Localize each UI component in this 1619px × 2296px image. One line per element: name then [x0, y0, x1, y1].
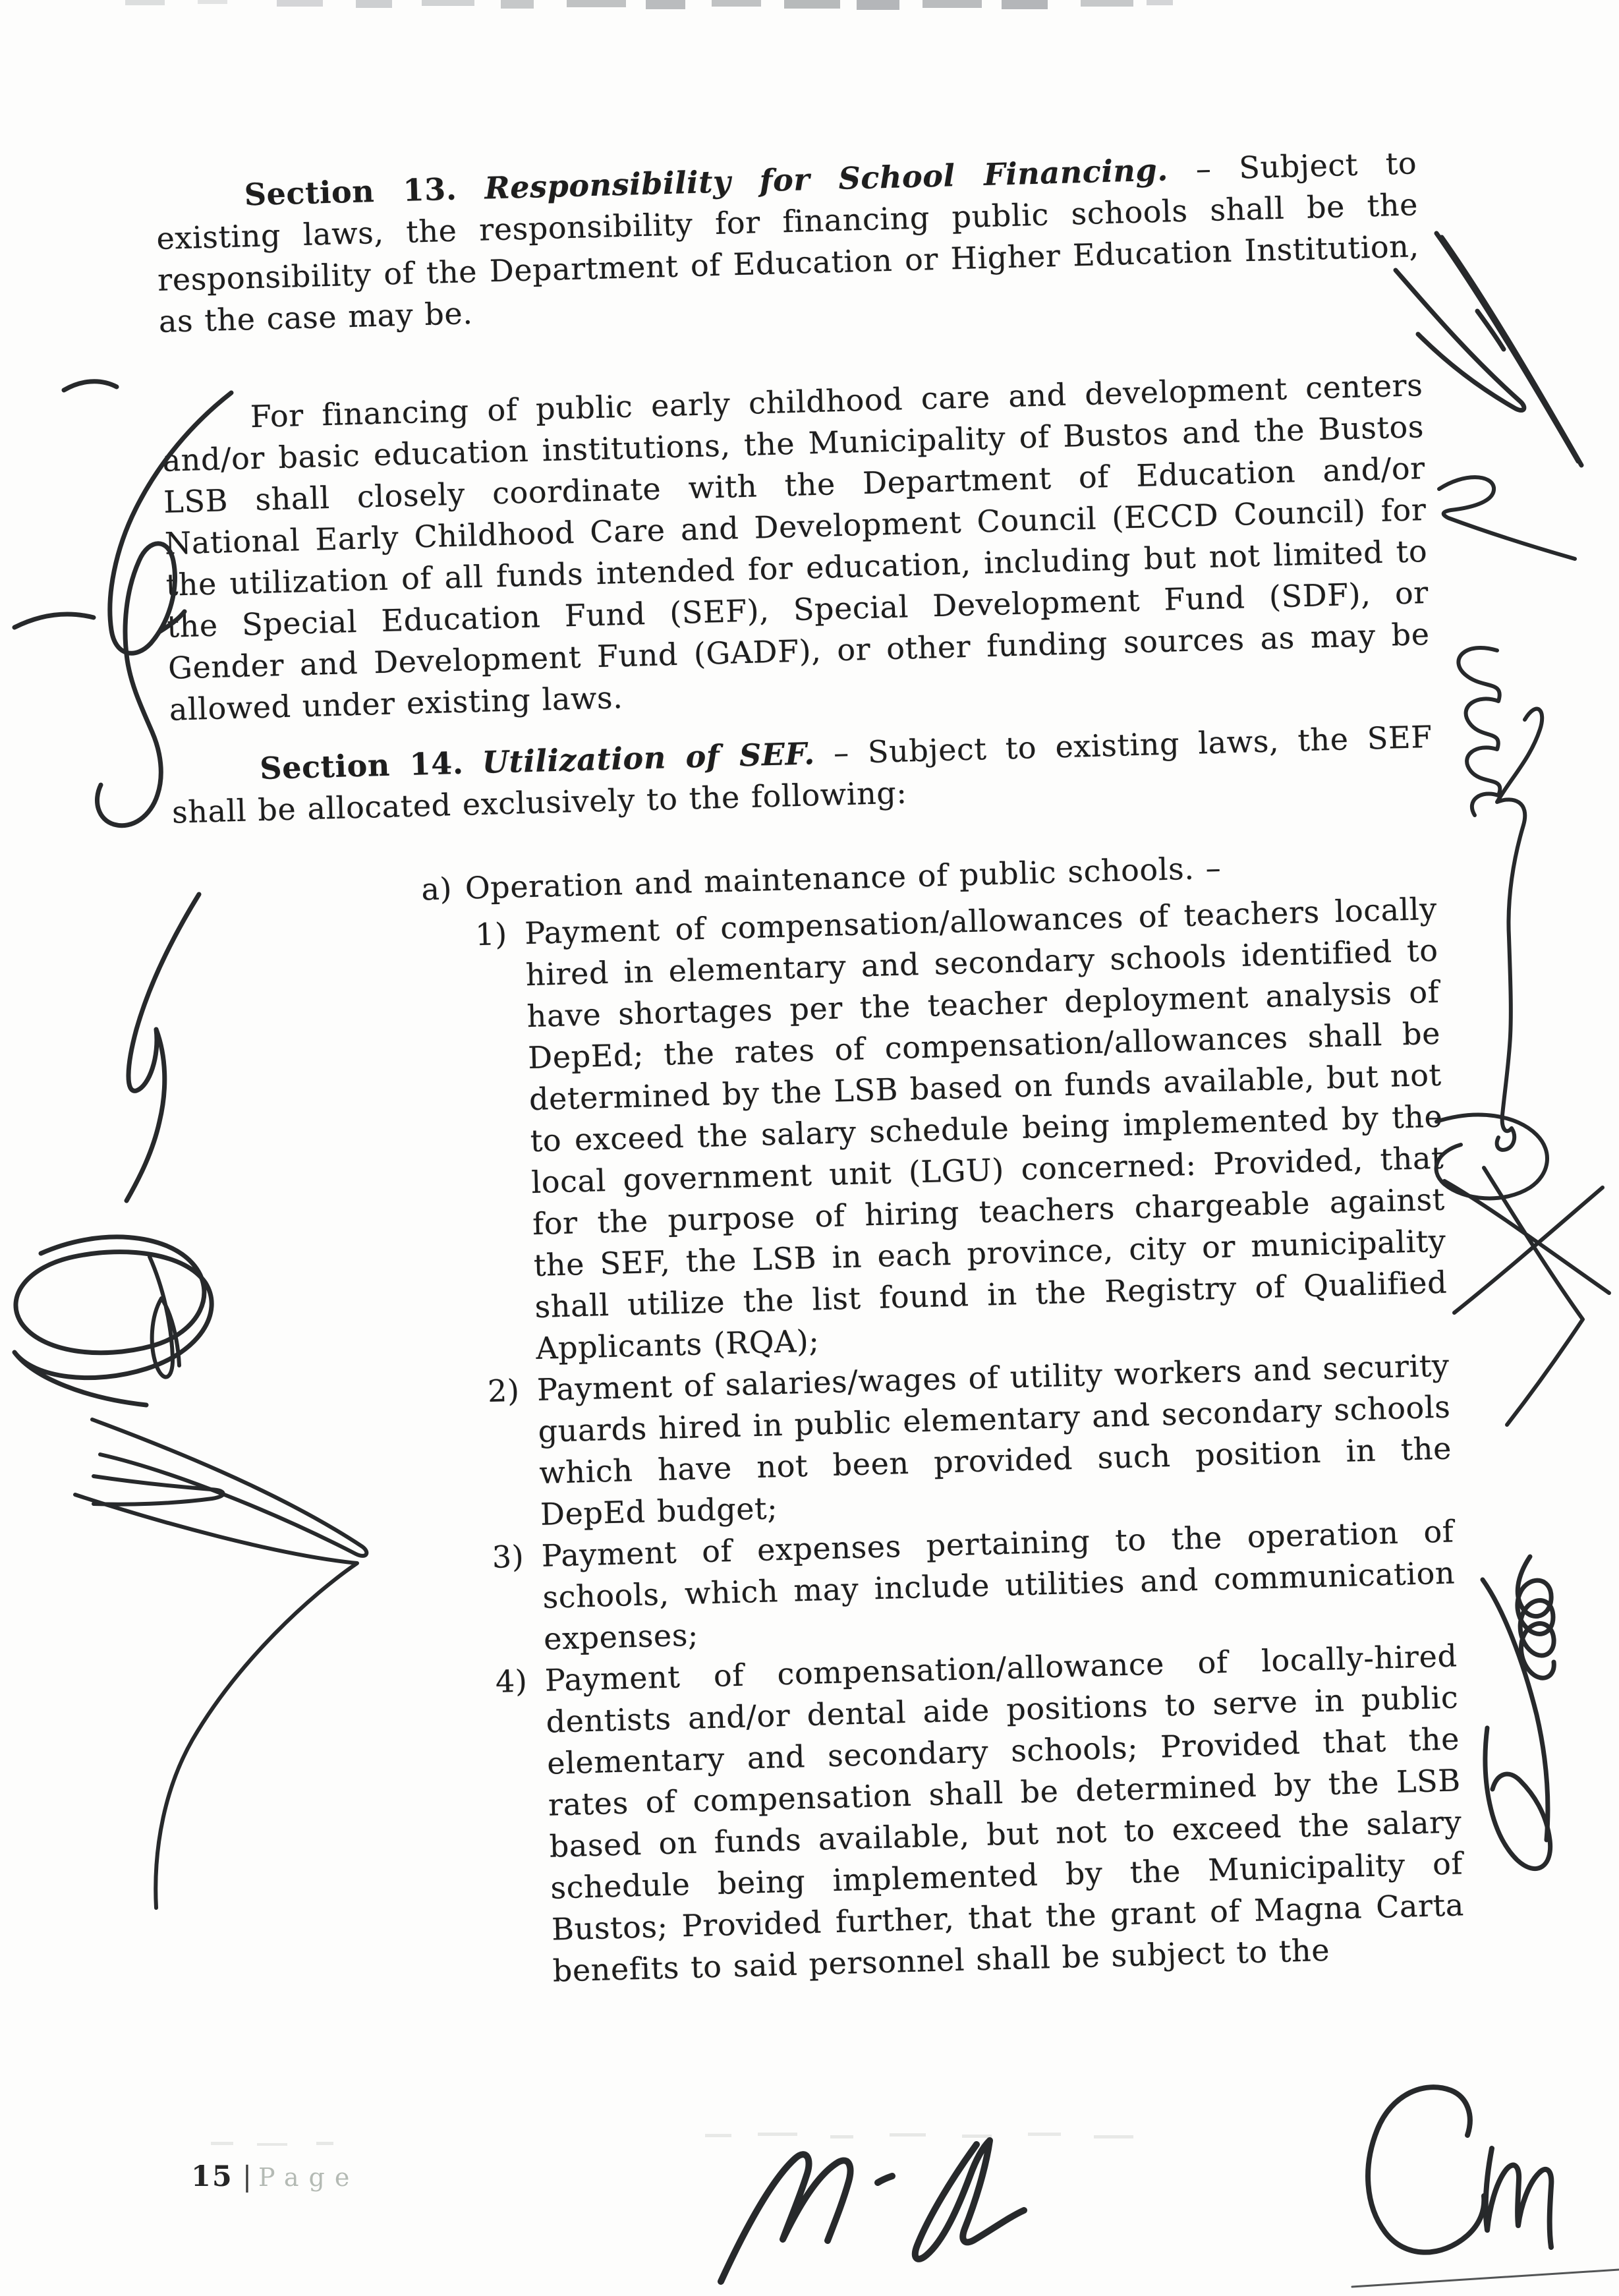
- document-content: Section 13. Responsibility for School Fi…: [155, 142, 1465, 2001]
- section-13-heading-label: Section 13.: [244, 171, 457, 213]
- section-13-paragraph: Section 13. Responsibility for School Fi…: [155, 142, 1421, 343]
- signature-right-large-ink: [1436, 477, 1609, 1425]
- list-item-4-number: 4): [495, 1660, 546, 1703]
- scan-artifact-top-edge-icon: [125, 0, 1173, 10]
- page-footer: 15|Page: [191, 2160, 359, 2193]
- list-item-1: 1) Payment of compensation/allowances of…: [474, 888, 1448, 1371]
- footer-page-label: Page: [258, 2163, 359, 2192]
- list-item-2: 2) Payment of salaries/wages of utility …: [487, 1345, 1453, 1537]
- list-item-3-number: 3): [492, 1535, 542, 1578]
- list-item-1-text: Payment of compensation/allowances of te…: [524, 888, 1448, 1369]
- list-item-2-number: 2): [487, 1369, 538, 1412]
- scan-artifact-ghost-text-icon: [211, 2133, 1133, 2146]
- list-marker-a: a): [421, 871, 453, 907]
- list-item-2-text: Payment of salaries/wages of utility wor…: [536, 1345, 1453, 1535]
- list-item-1-number: 1): [474, 913, 525, 956]
- scanned-page: Section 13. Responsibility for School Fi…: [0, 0, 1619, 2296]
- scan-artifact-page-edge-line-icon: [1352, 2270, 1619, 2287]
- signature-bottom-center-ink: [721, 2140, 1024, 2282]
- footer-separator: |: [242, 2160, 252, 2193]
- list-item-4: 4) Payment of compensation/allowance of …: [495, 1635, 1465, 1993]
- signature-bottom-right-ink: [1368, 2087, 1551, 2252]
- section-14-paragraph: Section 14. Utilization of SEF. – Subjec…: [171, 716, 1434, 834]
- numbered-list: 1) Payment of compensation/allowances of…: [474, 888, 1465, 1994]
- financing-paragraph: For financing of public early childhood …: [161, 364, 1431, 731]
- section-14-title: Utilization of SEF.: [482, 735, 815, 780]
- section-14-heading-label: Section 14.: [260, 745, 464, 786]
- list-item-3-text: Payment of expenses pertaining to the op…: [541, 1510, 1457, 1659]
- signature-right-lower-ink: [1483, 1557, 1554, 1869]
- page-number: 15: [191, 2160, 233, 2193]
- list-item-4-text: Payment of compensation/allowance of loc…: [544, 1635, 1465, 1992]
